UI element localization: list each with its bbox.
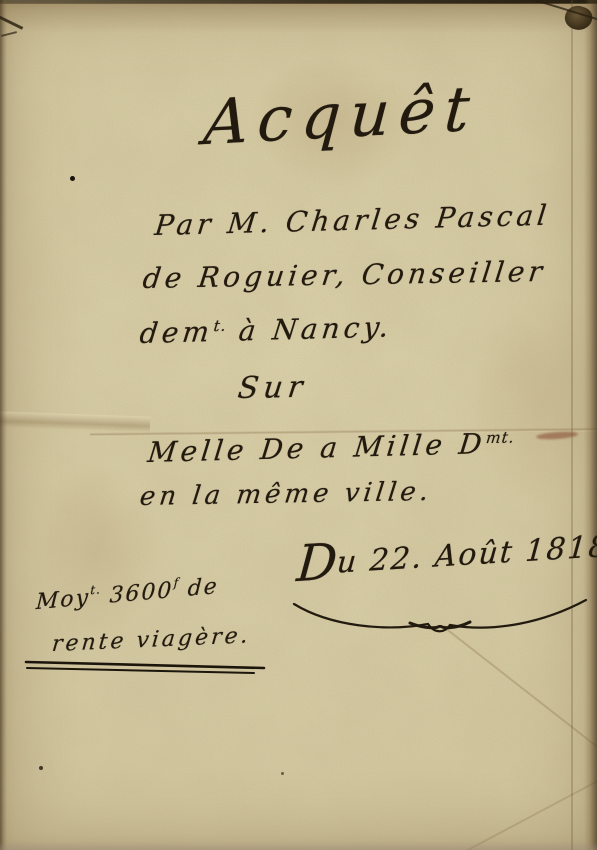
demeurant-abbrev: dem <box>138 315 215 350</box>
word-sur: Sur <box>236 370 310 406</box>
vertical-fold-line <box>571 0 573 850</box>
date-initial-flourish: D <box>295 532 340 593</box>
line-meme-ville: en la même ville. <box>138 477 434 512</box>
note-moyennant: Moy <box>35 585 90 615</box>
paper-edge-right <box>584 0 597 850</box>
melle-superscript: mt. <box>485 428 516 447</box>
paper-stain <box>470 290 597 510</box>
horizontal-crease <box>0 411 150 432</box>
ink-speck <box>39 766 43 770</box>
date-underline-flourish <box>290 596 590 640</box>
line-demeurant-a-nancy: demt. à Nancy. <box>138 310 394 350</box>
paper-edge-left <box>0 0 7 850</box>
manuscript-page: Acquêt Par M. Charles Pascal de Roguier,… <box>0 0 597 850</box>
ink-speck <box>70 176 75 181</box>
demeurant-rest: à Nancy. <box>224 310 394 347</box>
date-line: Du 22. Août 1818 <box>296 529 597 583</box>
line-par-charles-pascal: Par M. Charles Pascal <box>153 199 552 242</box>
ink-speck <box>281 772 284 775</box>
note-de: de <box>178 574 219 603</box>
note-amount: 3600 <box>100 578 174 610</box>
diagonal-crease <box>446 628 597 783</box>
paper-edge-shading <box>0 3 597 33</box>
paper-edge-bottom <box>0 842 597 850</box>
document-title: Acquêt <box>201 71 480 159</box>
diagonal-crease <box>462 748 597 850</box>
date-text: u 22. Août 1818 <box>336 529 597 581</box>
note-double-underline <box>22 656 272 678</box>
